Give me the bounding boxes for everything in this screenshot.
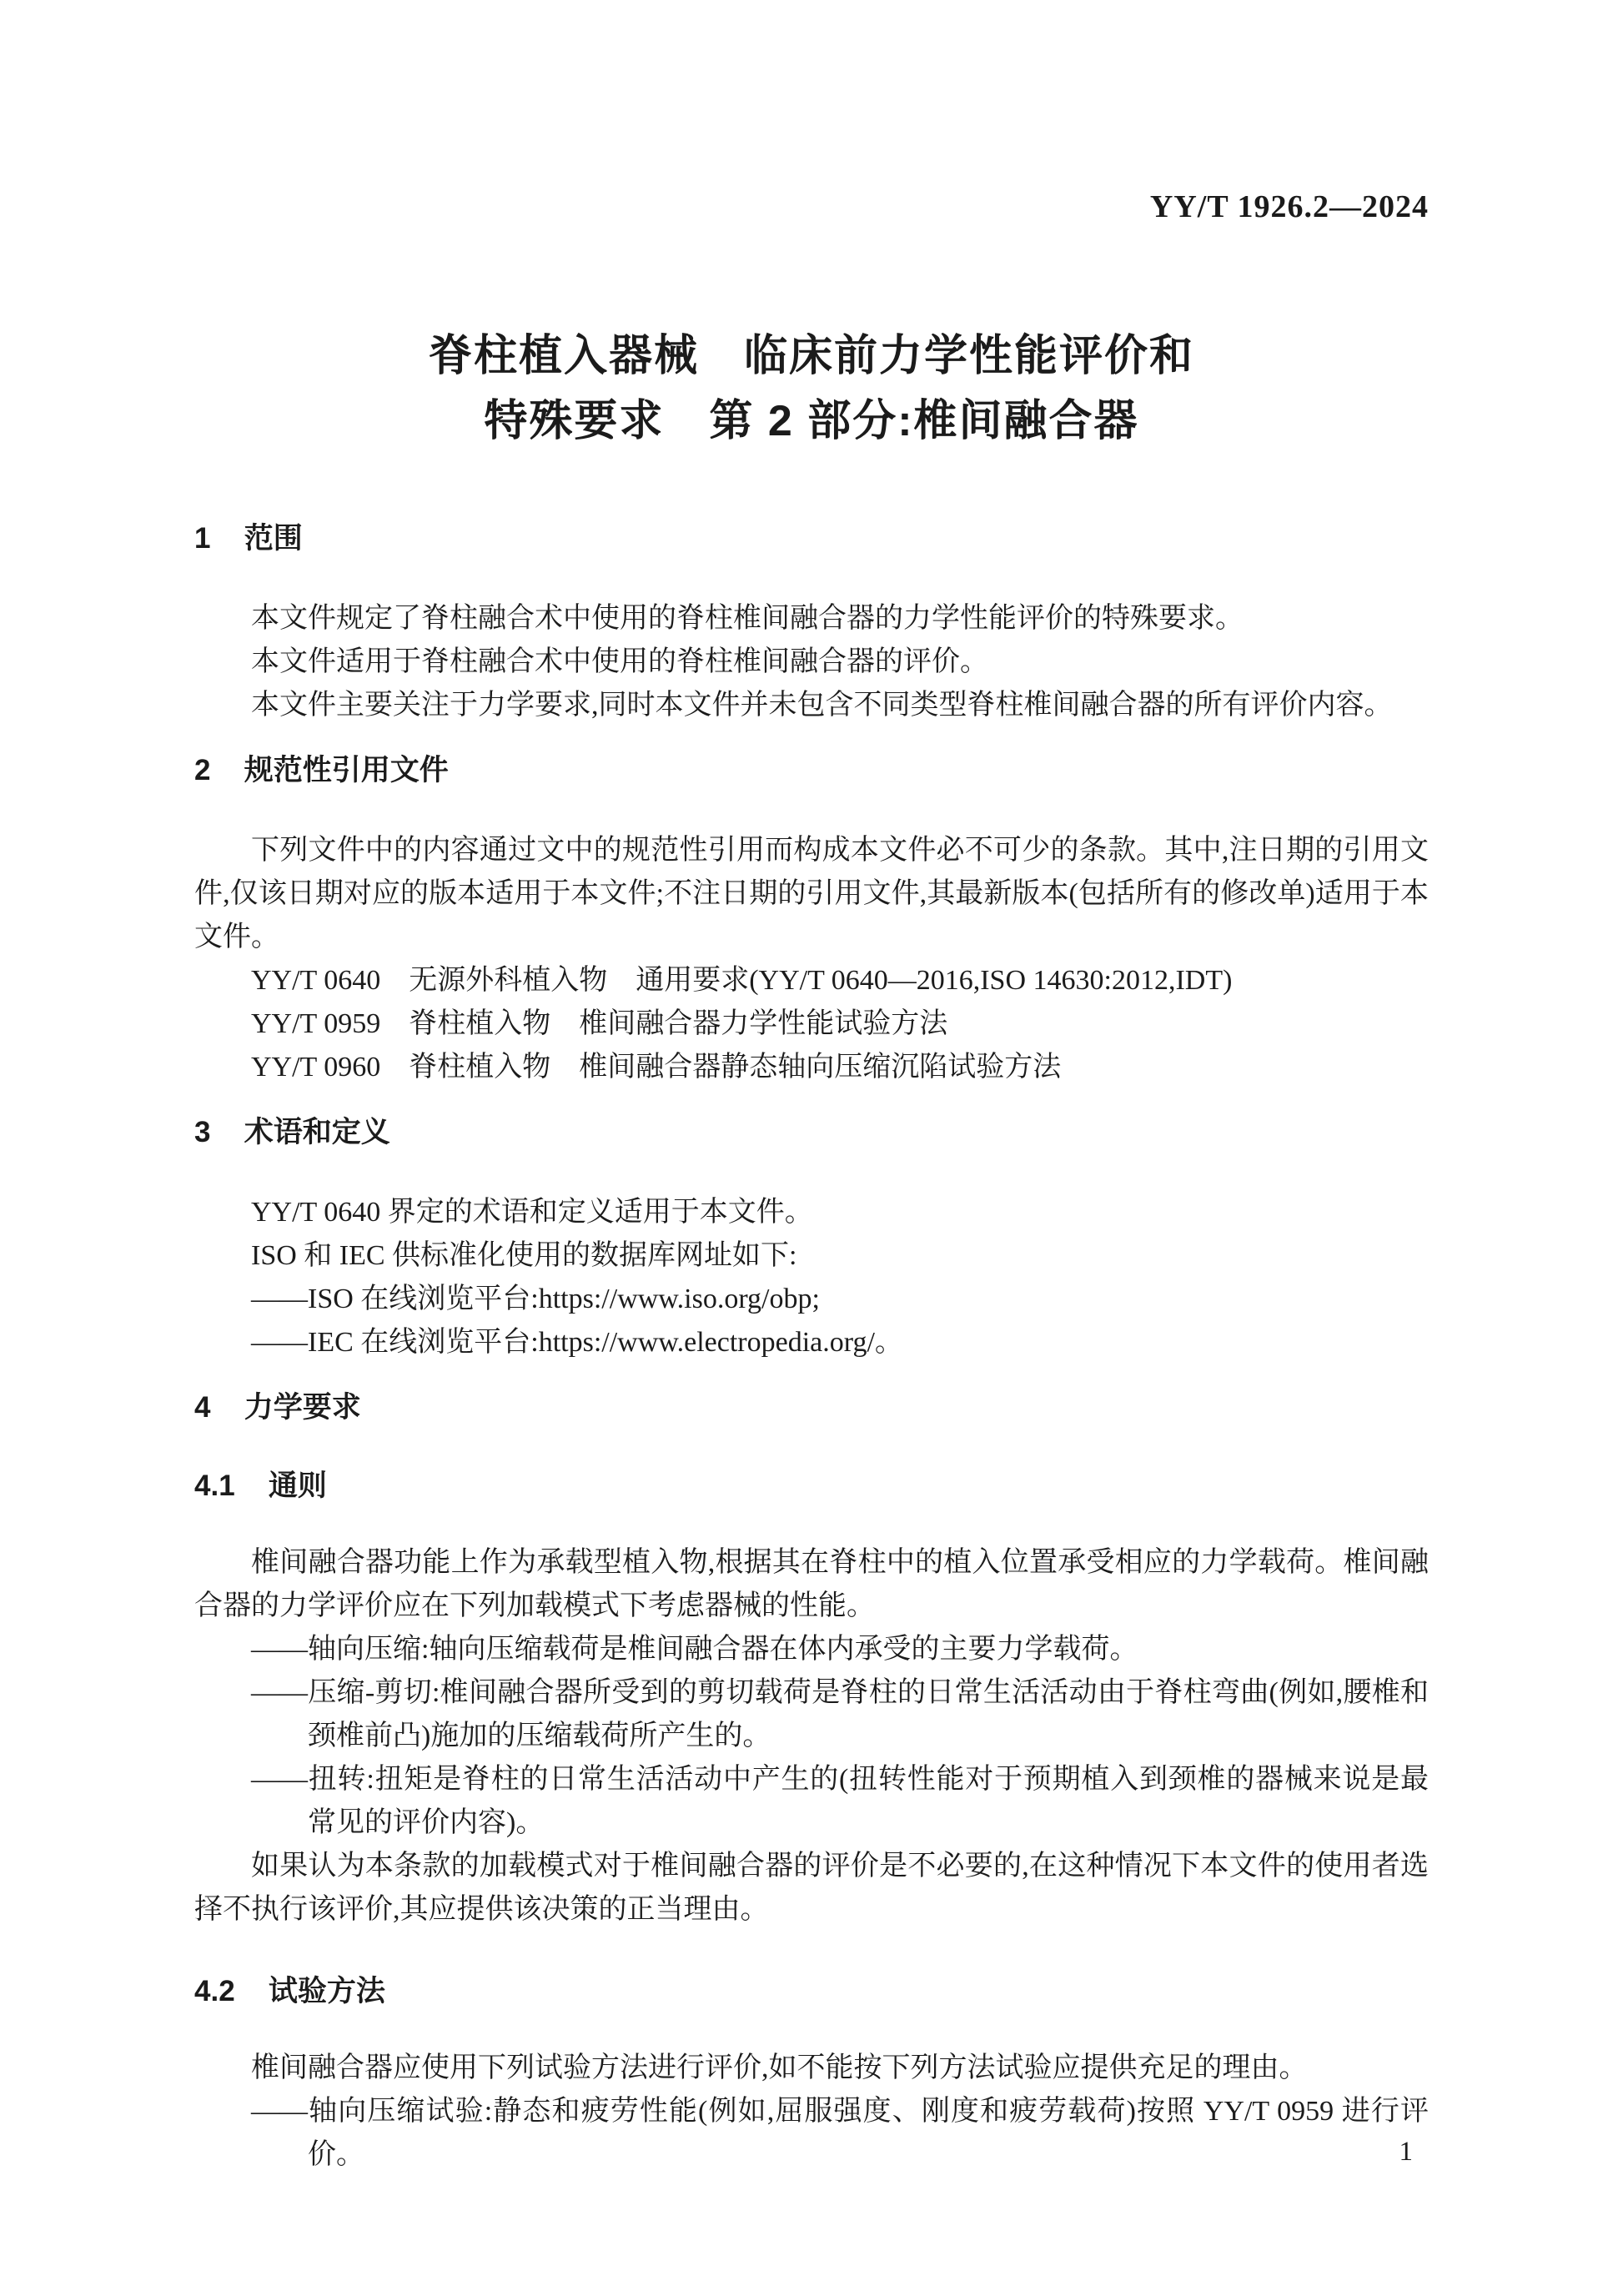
- section-2-number: 2: [194, 752, 210, 789]
- section-4-heading: 4力学要求: [194, 1389, 1429, 1426]
- iec-online-platform-item: ——IEC 在线浏览平台:https://www.electropedia.or…: [194, 1321, 1429, 1364]
- section-1-number: 1: [194, 520, 210, 557]
- section-2-heading: 2规范性引用文件: [194, 752, 1429, 789]
- section-4-2-title: 试验方法: [269, 1975, 385, 2007]
- torsion-item: ——扭转:扭矩是脊柱的日常生活活动中产生的(扭转性能对于预期植入到颈椎的器械来说…: [194, 1758, 1429, 1845]
- reference-yyt-0959: YY/T 0959 脊柱植入物 椎间融合器力学性能试验方法: [194, 1002, 1429, 1046]
- iso-online-platform-item: ——ISO 在线浏览平台:https://www.iso.org/obp;: [194, 1278, 1429, 1321]
- section-4-number: 4: [194, 1389, 210, 1426]
- justification-paragraph: 如果认为本条款的加载模式对于椎间融合器的评价是不必要的,在这种情况下本文件的使用…: [194, 1845, 1429, 1932]
- document-title: 脊柱植入器械 临床前力学性能评价和 特殊要求 第 2 部分:椎间融合器: [0, 324, 1623, 454]
- section-1-heading: 1范围: [194, 520, 1429, 557]
- axial-compression-item: ——轴向压缩:轴向压缩载荷是椎间融合器在体内承受的主要力学载荷。: [194, 1628, 1429, 1671]
- axial-compression-test-item: ——轴向压缩试验:静态和疲劳性能(例如,屈服强度、刚度和疲劳载荷)按照 YY/T…: [194, 2090, 1429, 2177]
- section-4-1-number: 4.1: [194, 1468, 235, 1505]
- scope-paragraph-2: 本文件适用于脊柱融合术中使用的脊柱椎间融合器的评价。: [194, 641, 1429, 684]
- compression-shear-item: ——压缩-剪切:椎间融合器所受到的剪切载荷是脊柱的日常生活活动由于脊柱弯曲(例如…: [194, 1671, 1429, 1758]
- page-header-code: YY/T 1926.2—2024: [1150, 188, 1429, 225]
- general-rules-paragraph: 椎间融合器功能上作为承载型植入物,根据其在脊柱中的植入位置承受相应的力学载荷。椎…: [194, 1541, 1429, 1628]
- section-4-1-title: 通则: [269, 1470, 327, 1502]
- iso-iec-database-intro: ISO 和 IEC 供标准化使用的数据库网址如下:: [194, 1234, 1429, 1278]
- document-title-line-1: 脊柱植入器械 临床前力学性能评价和: [0, 324, 1623, 389]
- reference-yyt-0640: YY/T 0640 无源外科植入物 通用要求(YY/T 0640—2016,IS…: [194, 959, 1429, 1002]
- reference-yyt-0960: YY/T 0960 脊柱植入物 椎间融合器静态轴向压缩沉陷试验方法: [194, 1046, 1429, 1089]
- section-4-1-heading: 4.1通则: [194, 1468, 1429, 1505]
- section-3-number: 3: [194, 1114, 210, 1151]
- standard-document-page: YY/T 1926.2—2024 脊柱植入器械 临床前力学性能评价和 特殊要求 …: [0, 0, 1623, 2296]
- section-1-title: 范围: [244, 522, 303, 555]
- scope-paragraph-1: 本文件规定了脊柱融合术中使用的脊柱椎间融合器的力学性能评价的特殊要求。: [194, 597, 1429, 641]
- section-2-title: 规范性引用文件: [244, 754, 449, 786]
- section-3-heading: 3术语和定义: [194, 1114, 1429, 1151]
- section-4-title: 力学要求: [244, 1391, 361, 1424]
- scope-paragraph-3: 本文件主要关注于力学要求,同时本文件并未包含不同类型脊柱椎间融合器的所有评价内容…: [194, 684, 1429, 727]
- page-number: 1: [1399, 2137, 1414, 2168]
- document-title-line-2: 特殊要求 第 2 部分:椎间融合器: [0, 389, 1623, 454]
- section-3-title: 术语和定义: [244, 1116, 390, 1148]
- section-4-2-heading: 4.2试验方法: [194, 1973, 1429, 2010]
- test-methods-intro: 椎间融合器应使用下列试验方法进行评价,如不能按下列方法试验应提供充足的理由。: [194, 2047, 1429, 2090]
- terms-definitions-paragraph: YY/T 0640 界定的术语和定义适用于本文件。: [194, 1191, 1429, 1234]
- section-4-2-number: 4.2: [194, 1973, 235, 2010]
- normative-refs-intro: 下列文件中的内容通过文中的规范性引用而构成本文件必不可少的条款。其中,注日期的引…: [194, 829, 1429, 959]
- document-body: 1范围 本文件规定了脊柱融合术中使用的脊柱椎间融合器的力学性能评价的特殊要求。 …: [194, 520, 1429, 2177]
